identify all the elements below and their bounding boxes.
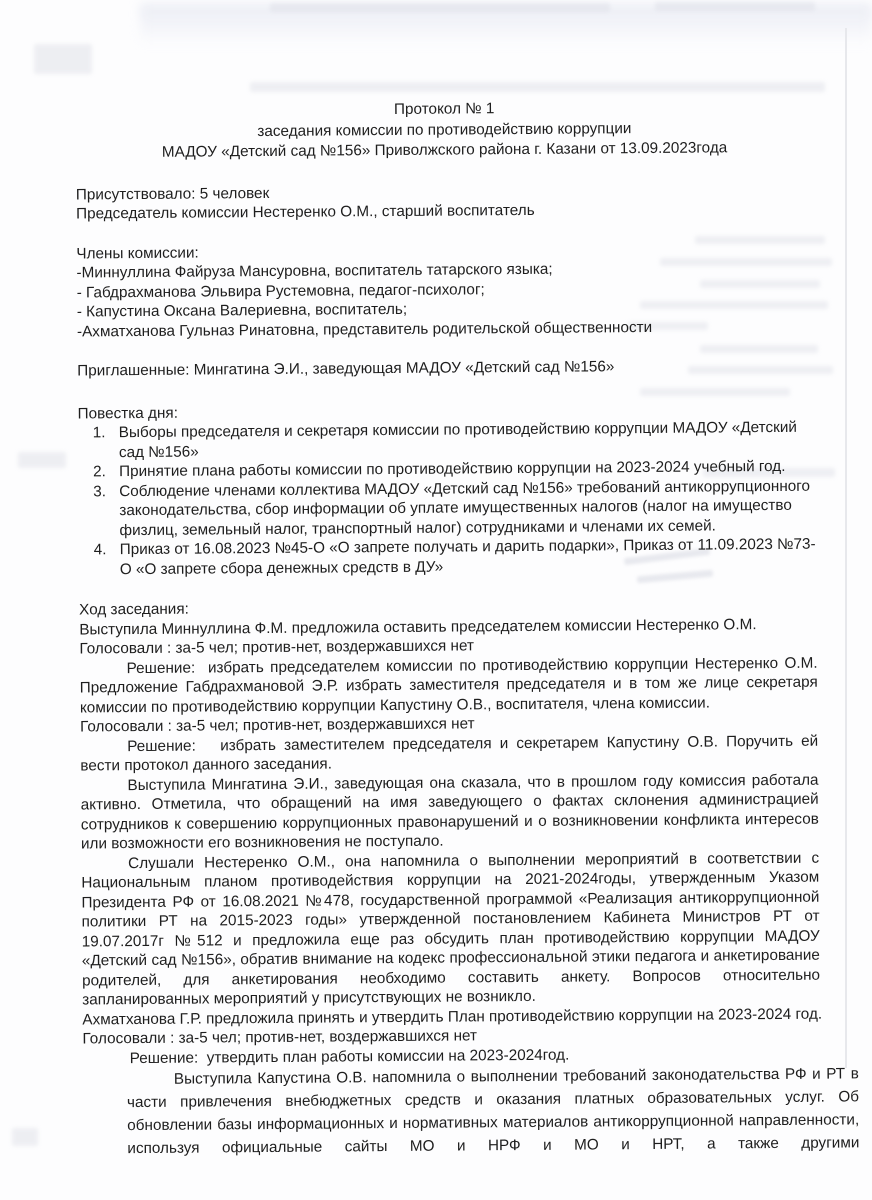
agenda-item-text: Выборы председателя и секретаря комиссии…	[119, 418, 816, 462]
agenda-item-number: 1.	[93, 423, 119, 462]
invited-line: Приглашенные: Мингатина Э.И., заведующая…	[77, 356, 815, 381]
agenda-item: 1. Выборы председателя и секретаря комис…	[78, 418, 816, 463]
title-line: МАДОУ «Детский сад №156» Приволжского ра…	[75, 138, 813, 164]
agenda-item: 4. Приказ от 16.08.2023 №45-О «О запрете…	[79, 535, 817, 580]
agenda-item-number: 3.	[93, 482, 119, 541]
invited-section: Приглашенные: Мингатина Э.И., заведующая…	[77, 356, 815, 381]
proceedings-paragraph: Выступила Капустина О.В. напомнила о вып…	[127, 1062, 860, 1160]
proceedings-paragraph: Слушали Нестеренко О.М., она напомнила о…	[81, 848, 820, 1010]
agenda-item-number: 4.	[94, 540, 120, 579]
proceedings-section: Ход заседания: Выступила Миннуллина Ф.М.…	[79, 595, 821, 1161]
proceedings-paragraph: Выступила Мингатина Э.И., заведующая она…	[80, 770, 819, 854]
agenda-item-number: 2.	[93, 462, 119, 482]
attendance-section: Присутствовало: 5 человекПредседатель ко…	[76, 179, 814, 224]
proceedings-paragraph: Решение: избрать председателем комиссии …	[80, 653, 818, 717]
scanned-document-page: Протокол № 1заседания комиссии по против…	[0, 0, 872, 1200]
document-title: Протокол № 1заседания комиссии по против…	[75, 97, 813, 164]
agenda-item-text: Приказ от 16.08.2023 №45-О «О запрете по…	[120, 535, 817, 579]
members-section: Члены комиссии: -Миннуллина Файруза Манс…	[76, 238, 815, 341]
proceedings-paragraph: Решение: избрать заместителем председате…	[80, 731, 818, 776]
agenda-item-text: Соблюдение членами коллектива МАДОУ «Дет…	[119, 476, 816, 540]
agenda-section: Повестка дня: 1. Выборы председателя и с…	[78, 398, 817, 579]
document-content: Протокол № 1заседания комиссии по против…	[0, 0, 872, 1161]
agenda-item: 3. Соблюдение членами коллектива МАДОУ «…	[78, 476, 816, 540]
